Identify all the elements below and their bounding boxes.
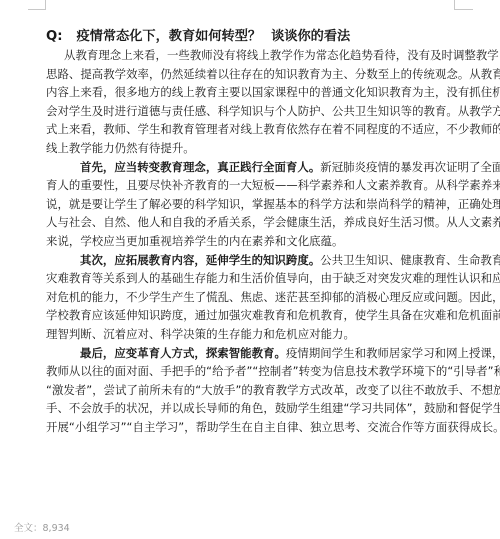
- point-text: 疫情期间学生和教师居家学习和网上授课，: [286, 346, 500, 360]
- text-line: 会对学生及时进行道德与责任感、科学知识与个人防护、公共卫生知识等的教育。从教学方: [46, 102, 458, 121]
- text-line: 来说，学校应当更加重视培养学生的内在素养和文化底蕴。: [46, 232, 458, 251]
- text-line: 从教育理念上来看，一些教师没有将线上教学作为常态化趋势看待，没有及时调整教学: [46, 46, 458, 65]
- paragraph-intro: 从教育理念上来看，一些教师没有将线上教学作为常态化趋势看待，没有及时调整教学 思…: [46, 46, 458, 158]
- question-subtitle: 谈谈你的看法: [271, 29, 350, 44]
- paragraph-first-point: 首先，应当转变教育理念，真正践行全面育人。新冠肺炎疫情的暴发再次证明了全面 育人…: [46, 158, 458, 251]
- text-line: 育人的重要性，且要尽快补齐教育的一大短板——科学素养和人文素养教育。从科学素养来: [46, 176, 458, 195]
- text-line: 人与社会、自然、他人和自我的矛盾关系，学会健康生活，养成良好生活习惯。从人文素养: [46, 213, 458, 232]
- text-line: 线上教学能力仍然有待提升。: [46, 139, 458, 158]
- text-line: 内容上来看，很多地方的线上教育主要以国家课程中的普通文化知识教育为主，没有抓住机: [46, 83, 458, 102]
- point-text: 新冠肺炎疫情的暴发再次证明了全面: [320, 160, 500, 174]
- question-heading: Q:疫情常态化下，教育如何转型？谈谈你的看法: [46, 28, 458, 46]
- text-line: 最后，应变革育人方式，探索智能教育。疫情期间学生和教师居家学习和网上授课，: [46, 344, 458, 363]
- text-line: 教师从以往的面对面、手把手的“给予者”“控制者”转变为信息技术教学环境下的“引导…: [46, 362, 458, 381]
- paragraph-second-point: 其次，应拓展教育内容，延伸学生的知识跨度。公共卫生知识、健康教育、生命教育、 灾…: [46, 251, 458, 344]
- page-corner-mark-top-left: [28, 0, 46, 10]
- point-text: 公共卫生知识、健康教育、生命教育、: [320, 253, 500, 267]
- question-title: 疫情常态化下，教育如何转型？: [76, 29, 261, 44]
- paragraph-third-point: 最后，应变革育人方式，探索智能教育。疫情期间学生和教师居家学习和网上授课， 教师…: [46, 344, 458, 437]
- text-line: 学校教育应该延伸知识跨度，通过加强灾难教育和危机教育，使学生具备在灾难和危机面前: [46, 306, 458, 325]
- text-line: 开展“小组学习”“自主学习”，帮助学生在自主自律、独立思考、交流合作等方面获得成…: [46, 418, 458, 437]
- point-heading: 首先，应当转变教育理念，真正践行全面育人。: [80, 160, 320, 174]
- text-line: 说，就是要让学生了解必要的科学知识，掌握基本的科学方法和崇尚科学的精神，正确处理: [46, 195, 458, 214]
- text-line: 手、不会放手的状况，并以成长导师的角色，鼓励学生组建“学习共同体”，鼓励和督促学…: [46, 399, 458, 418]
- point-heading: 其次，应拓展教育内容，延伸学生的知识跨度。: [80, 253, 320, 267]
- text-line: 式上来看，教师、学生和教育管理者对线上教育依然存在着不同程度的不适应，不少教师的: [46, 120, 458, 139]
- page-corner-mark-top-right: [454, 0, 473, 10]
- text-line: 其次，应拓展教育内容，延伸学生的知识跨度。公共卫生知识、健康教育、生命教育、: [46, 251, 458, 270]
- point-heading: 最后，应变革育人方式，探索智能教育。: [80, 346, 286, 360]
- text-line: 理智判断、沉着应对、科学决策的生存能力和危机应对能力。: [46, 325, 458, 344]
- question-prefix: Q:: [46, 29, 62, 44]
- text-line: 灾难教育等关系到人的基础生存能力和生活价值导向，由于缺乏对突发灾难的理性认识和应: [46, 269, 458, 288]
- text-line: “激发者”，尝试了前所未有的“大放手”的教育教学方式改革，改变了以往不敢放手、不…: [46, 381, 458, 400]
- word-count: 全文：8,934: [14, 520, 70, 534]
- text-line: 对危机的能力，不少学生产生了慌乱、焦虑、迷茫甚至抑郁的消极心理反应或问题。因此，: [46, 288, 458, 307]
- document-page: Q:疫情常态化下，教育如何转型？谈谈你的看法 从教育理念上来看，一些教师没有将线…: [46, 28, 458, 436]
- text-line: 思路、提高教学效率，仍然延续着以往存在的知识教育为主、分数至上的传统观念。从教育: [46, 65, 458, 84]
- text-line: 首先，应当转变教育理念，真正践行全面育人。新冠肺炎疫情的暴发再次证明了全面: [46, 158, 458, 177]
